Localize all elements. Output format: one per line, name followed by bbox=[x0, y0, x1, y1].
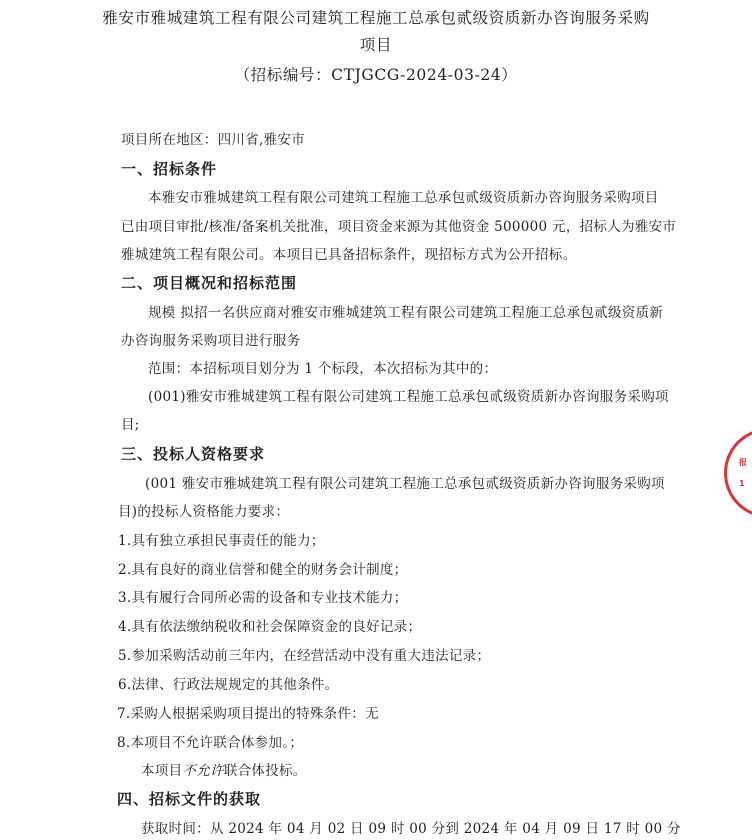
section-heading-bidder-qualifications: 三、投标人资格要求 bbox=[121, 444, 265, 464]
requirement-item: 4.具有依法缴纳税收和社会保障资金的良好记录； bbox=[118, 617, 421, 637]
consortium-italic: 不允许 bbox=[182, 763, 223, 779]
paragraph-line: (001)雅安市雅城建筑工程有限公司建筑工程施工总承包贰级资质新办咨询服务采购项 bbox=[148, 387, 669, 407]
acquisition-time: 获取时间：从 2024 年 04 月 02 日 09 时 00 分到 2024 … bbox=[141, 819, 681, 839]
requirement-item: 8.本项目不允许联合体参加。； bbox=[117, 733, 303, 753]
project-region: 项目所在地区：四川省,雅安市 bbox=[121, 130, 305, 150]
paragraph-line: 范围：本招标项目划分为 1 个标段，本次招标为其中的： bbox=[148, 359, 497, 379]
paragraph-line: 规模 拟招一名供应商对雅安市雅城建筑工程有限公司建筑工程施工总承包贰级资质新 bbox=[148, 303, 663, 323]
consortium-note: 本项目不允许联合体投标。 bbox=[141, 761, 307, 781]
paragraph-line: (001 雅安市雅城建筑工程有限公司建筑工程施工总承包贰级资质新办咨询服务采购项 bbox=[145, 474, 665, 494]
requirement-item: 6.法律、行政法规规定的其他条件。 bbox=[118, 675, 338, 695]
paragraph-line: 办咨询服务采购项目进行服务 bbox=[121, 331, 300, 351]
section-heading-bid-conditions: 一、招标条件 bbox=[121, 159, 217, 179]
paragraph-line: 已由项目审批/核准/备案机关批准，项目资金来源为其他资金 500000 元，招标… bbox=[121, 217, 676, 237]
consortium-suffix: 联合体投标。 bbox=[224, 763, 307, 779]
paragraph-line: 本雅安市雅城建筑工程有限公司建筑工程施工总承包贰级资质新办咨询服务采购项目 bbox=[148, 188, 659, 208]
paragraph-line: 目)的投标人资格能力要求： bbox=[118, 502, 289, 522]
section-heading-project-overview: 二、项目概况和招标范围 bbox=[121, 273, 297, 293]
requirement-item: 3.具有履行合同所必需的设备和专业技术能力； bbox=[118, 588, 407, 608]
requirement-item: 2.具有良好的商业信誉和健全的财务会计制度； bbox=[118, 560, 407, 580]
consortium-prefix: 本项目 bbox=[141, 763, 182, 779]
stamp-char: 1 bbox=[739, 479, 745, 488]
requirement-item: 5.参加采购活动前三年内，在经营活动中没有重大违法记录； bbox=[118, 646, 490, 666]
paragraph-line: 目; bbox=[121, 415, 140, 435]
requirement-item: 1.具有独立承担民事责任的能力； bbox=[118, 531, 325, 551]
bid-number: （招标编号：CTJGCG-2024-03-24） bbox=[0, 65, 752, 85]
stamp-char: 报 bbox=[739, 457, 747, 468]
requirement-item: 7.采购人根据采购项目提出的特殊条件：无 bbox=[117, 704, 379, 724]
paragraph-line: 雅城建筑工程有限公司。本项目已具备招标条件，现招标方式为公开招标。 bbox=[121, 245, 576, 265]
section-heading-document-acquisition: 四、招标文件的获取 bbox=[117, 789, 261, 809]
document-title: 雅安市雅城建筑工程有限公司建筑工程施工总承包贰级资质新办咨询服务采购 bbox=[0, 8, 752, 28]
document-title-continued: 项目 bbox=[0, 35, 752, 55]
red-seal-stamp-icon: 报 1 bbox=[724, 428, 752, 518]
